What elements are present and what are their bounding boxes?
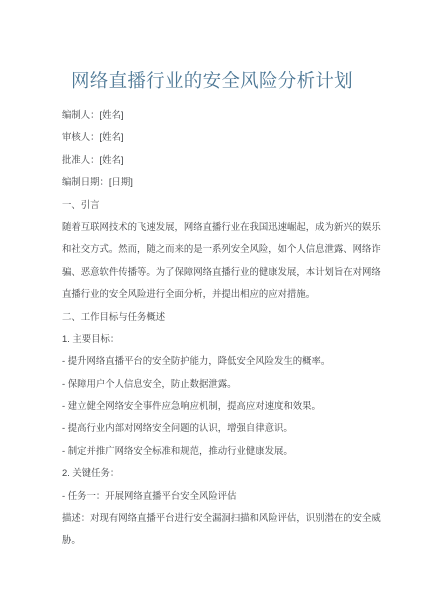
doc-line: 随着互联网技术的飞速发展，网络直播行业在我国迅速崛起，成为新兴的娱乐 bbox=[62, 216, 382, 238]
doc-bullet: - 制定并推广网络安全标准和规范，推动行业健康发展。 bbox=[62, 440, 382, 462]
doc-line-date: 编制日期：[日期] bbox=[62, 171, 382, 193]
doc-heading-goals: 二、工作目标与任务概述 bbox=[62, 306, 382, 328]
document-body: 编制人：[姓名] 审核人：[姓名] 批准人：[姓名] 编制日期：[日期] 一、引… bbox=[62, 104, 382, 552]
doc-line-approver: 批准人：[姓名] bbox=[62, 149, 382, 171]
document-page: 网络直播行业的安全风险分析计划 编制人：[姓名] 审核人：[姓名] 批准人：[姓… bbox=[0, 0, 424, 600]
doc-bullet: - 保障用户个人信息安全，防止数据泄露。 bbox=[62, 373, 382, 395]
doc-heading-intro: 一、引言 bbox=[62, 194, 382, 216]
doc-line: 描述：对现有网络直播平台进行安全漏洞扫描和风险评估，识别潜在的安全威 bbox=[62, 507, 382, 529]
document-title: 网络直播行业的安全风险分析计划 bbox=[0, 68, 424, 94]
doc-line: 和社交方式。然而，随之而来的是一系列安全风险，如个人信息泄露、网络诈 bbox=[62, 238, 382, 260]
doc-line-reviewer: 审核人：[姓名] bbox=[62, 126, 382, 148]
doc-subheading-main-goals: 1. 主要目标： bbox=[62, 328, 382, 350]
doc-line: 胁。 bbox=[62, 529, 382, 551]
doc-bullet: - 提升网络直播平台的安全防护能力，降低安全风险发生的概率。 bbox=[62, 350, 382, 372]
doc-bullet-task-one: - 任务一：开展网络直播平台安全风险评估 bbox=[62, 485, 382, 507]
doc-bullet: - 提高行业内部对网络安全问题的认识，增强自律意识。 bbox=[62, 417, 382, 439]
doc-line-author: 编制人：[姓名] bbox=[62, 104, 382, 126]
doc-line: 骗、恶意软件传播等。为了保障网络直播行业的健康发展，本计划旨在对网络 bbox=[62, 261, 382, 283]
doc-bullet: - 建立健全网络安全事件应急响应机制，提高应对速度和效果。 bbox=[62, 395, 382, 417]
doc-subheading-key-tasks: 2. 关键任务： bbox=[62, 462, 382, 484]
doc-line: 直播行业的安全风险进行全面分析，并提出相应的应对措施。 bbox=[62, 283, 382, 305]
